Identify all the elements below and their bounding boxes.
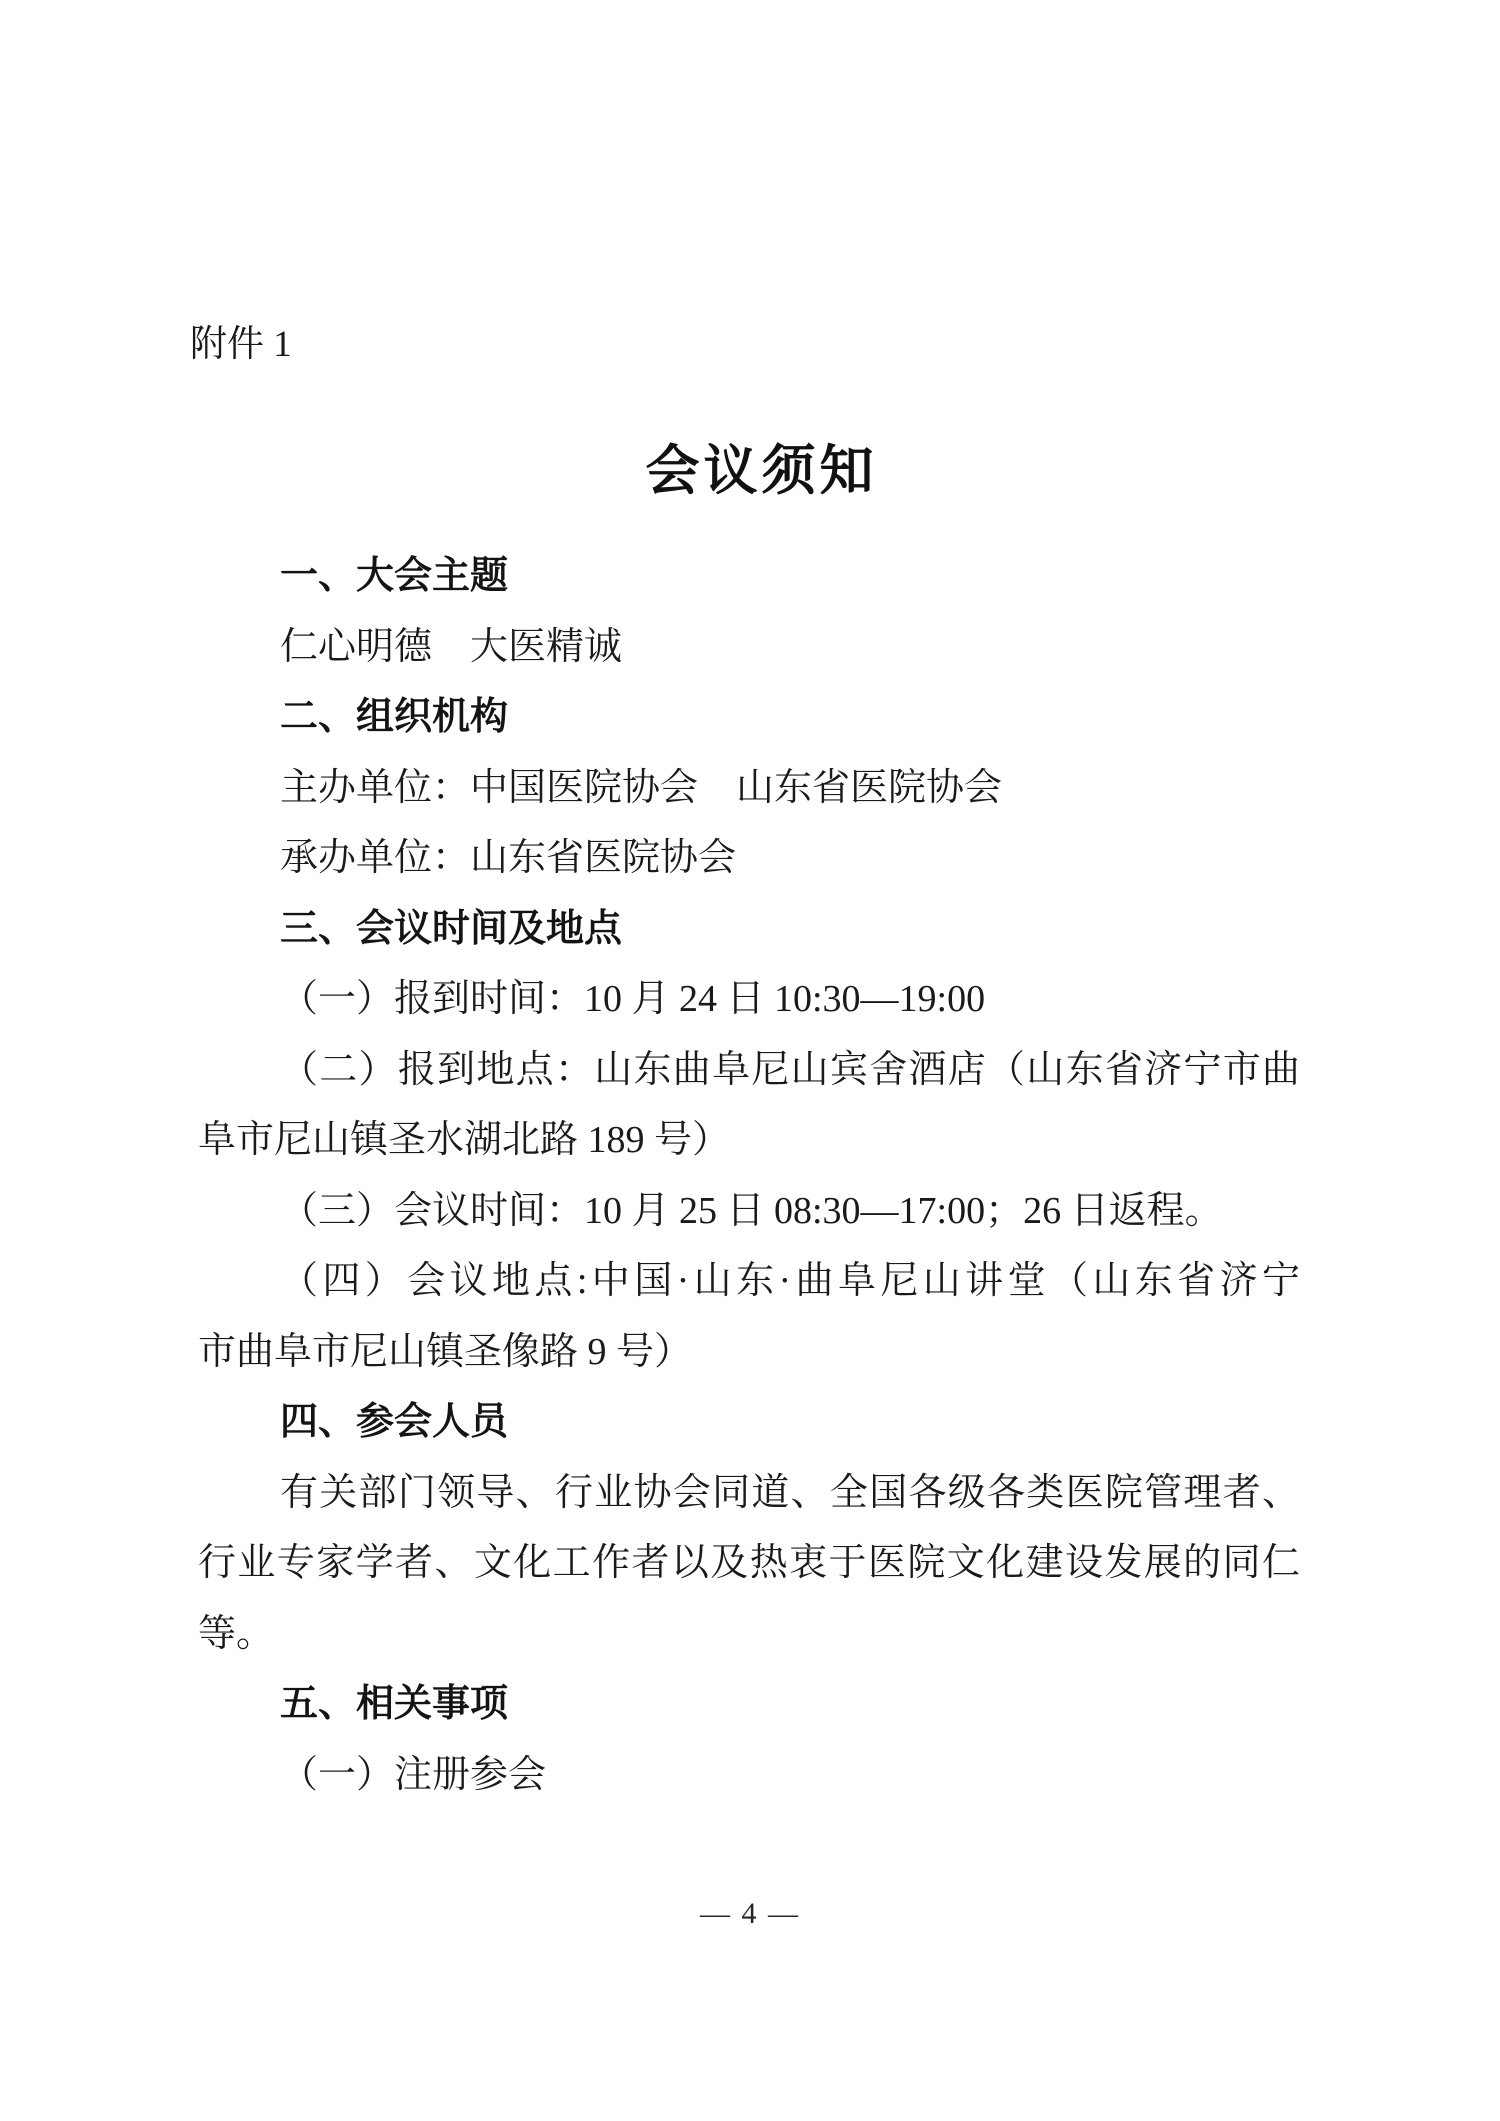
body-line: 有关部门领导、行业协会同道、全国各级各类医院管理者、 (198, 1458, 1300, 1529)
body-line: 一、大会主题 (198, 541, 1300, 612)
body-line: 阜市尼山镇圣水湖北路 189 号） (198, 1105, 1300, 1176)
body-line: 仁心明德 大医精诚 (198, 612, 1300, 683)
body-line: 等。 (198, 1599, 1300, 1670)
body-line: （二）报到地点：山东曲阜尼山宾舍酒店（山东省济宁市曲 (198, 1035, 1300, 1106)
document-page: 附件 1 会议须知 一、大会主题仁心明德 大医精诚二、组织机构主办单位：中国医院… (0, 0, 1500, 2121)
body-line: 市曲阜市尼山镇圣像路 9 号） (198, 1317, 1300, 1388)
body-line: 五、相关事项 (198, 1669, 1300, 1740)
body-line: （一）注册参会 (198, 1740, 1300, 1811)
document-body: 一、大会主题仁心明德 大医精诚二、组织机构主办单位：中国医院协会 山东省医院协会… (198, 541, 1300, 1810)
body-line: （一）报到时间：10 月 24 日 10:30—19:00 (198, 964, 1300, 1035)
body-line: 四、参会人员 (198, 1387, 1300, 1458)
document-title: 会议须知 (0, 440, 1500, 502)
body-line: 行业专家学者、文化工作者以及热衷于医院文化建设发展的同仁 (198, 1528, 1300, 1599)
body-line: 三、会议时间及地点 (198, 894, 1300, 965)
body-line: 主办单位：中国医院协会 山东省医院协会 (198, 753, 1300, 824)
attachment-label: 附件 1 (190, 322, 292, 368)
page-number: — 4 — (0, 1893, 1500, 1935)
body-line: 二、组织机构 (198, 682, 1300, 753)
body-line: （三）会议时间：10 月 25 日 08:30—17:00；26 日返程。 (198, 1176, 1300, 1247)
body-line: （四）会议地点:中国·山东·曲阜尼山讲堂（山东省济宁 (198, 1246, 1300, 1317)
body-line: 承办单位：山东省医院协会 (198, 823, 1300, 894)
